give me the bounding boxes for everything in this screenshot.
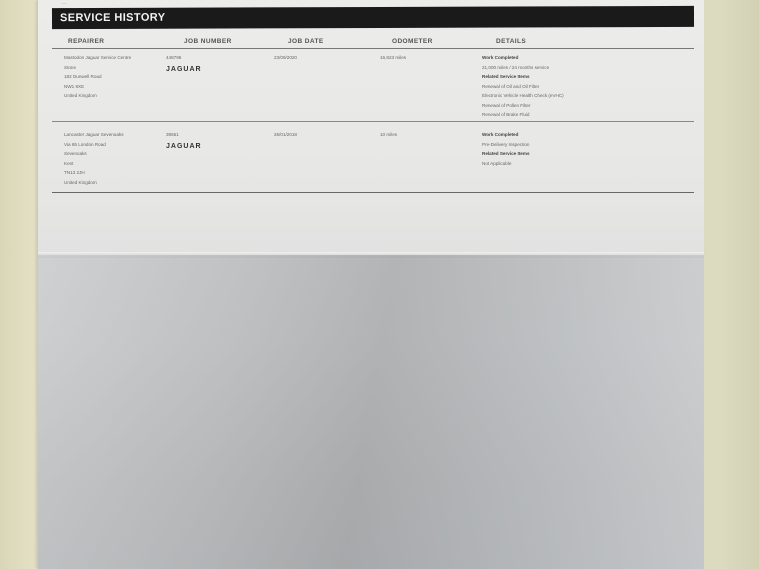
paper-shadow <box>38 255 704 569</box>
work-completed-label: Work Completed <box>482 53 564 63</box>
repairer-cell: Lancaster Jaguar Sevenoaks Via 65 London… <box>64 130 124 187</box>
table-header: REPAIRER JOB NUMBER JOB DATE ODOMETER DE… <box>52 38 694 49</box>
odometer: 16,823 miles <box>380 53 406 63</box>
table-row: Mastodon Jaguar Service Centre Stone 182… <box>52 53 694 122</box>
related-items-label: Related Service Items <box>482 149 530 159</box>
section-title: SERVICE HISTORY <box>52 6 694 29</box>
jaguar-logo: JAGUAR <box>166 65 202 75</box>
related-items-label: Related Service Items <box>482 72 564 82</box>
job-number-cell: 448796 JAGUAR <box>166 53 202 74</box>
repairer-line: Mastodon Jaguar Service Centre <box>64 53 131 63</box>
odometer: 10 miles <box>380 130 397 140</box>
jaguar-logo: JAGUAR <box>166 142 202 152</box>
repairer-line: NW1 8XE <box>64 82 131 92</box>
work-completed-label: Work Completed <box>482 130 530 140</box>
repairer-line: TN13 2JH <box>64 168 124 178</box>
table-row: Lancaster Jaguar Sevenoaks Via 65 London… <box>52 130 694 193</box>
work-item: Pre-Delivery Inspection <box>482 140 530 150</box>
job-number: 448796 <box>166 53 202 63</box>
job-number-cell: 39551 JAGUAR <box>166 130 202 151</box>
details-cell: Work Completed Pre-Delivery Inspection R… <box>482 130 530 168</box>
repairer-line: Stone <box>64 63 131 73</box>
paper-sheet: ... SERVICE HISTORY REPAIRER JOB NUMBER … <box>38 0 704 569</box>
job-date: 23/09/2020 <box>274 53 297 63</box>
repairer-line: Lancaster Jaguar Sevenoaks <box>64 130 124 140</box>
related-item: Renewal of Oil and Oil Filter <box>482 82 564 92</box>
job-date: 26/01/2018 <box>274 130 297 140</box>
col-details: DETAILS <box>496 38 526 45</box>
related-item: Electronic Vehicle Health Check (eVHC) <box>482 91 564 101</box>
repairer-line: Via 65 London Road <box>64 140 124 150</box>
repairer-line: Kent <box>64 159 124 169</box>
work-item: 21,000 miles / 24 months service <box>482 63 564 73</box>
col-repairer: REPAIRER <box>68 38 104 45</box>
related-item: Renewal of Pollen Filter <box>482 101 564 111</box>
repairer-line: 182 Dunwell Road <box>64 72 131 82</box>
top-fragment: ... <box>62 0 66 6</box>
col-odometer: ODOMETER <box>392 38 433 45</box>
repairer-line: United Kingdom <box>64 178 124 188</box>
repairer-cell: Mastodon Jaguar Service Centre Stone 182… <box>64 53 131 101</box>
repairer-line: United Kingdom <box>64 91 131 101</box>
job-number: 39551 <box>166 130 202 140</box>
col-job-number: JOB NUMBER <box>184 38 232 45</box>
col-job-date: JOB DATE <box>288 38 324 45</box>
details-cell: Work Completed 21,000 miles / 24 months … <box>482 53 564 120</box>
related-item: Not Applicable <box>482 159 530 169</box>
repairer-line: Sevenoaks <box>64 149 124 159</box>
related-item: Renewal of Brake Fluid <box>482 110 564 120</box>
